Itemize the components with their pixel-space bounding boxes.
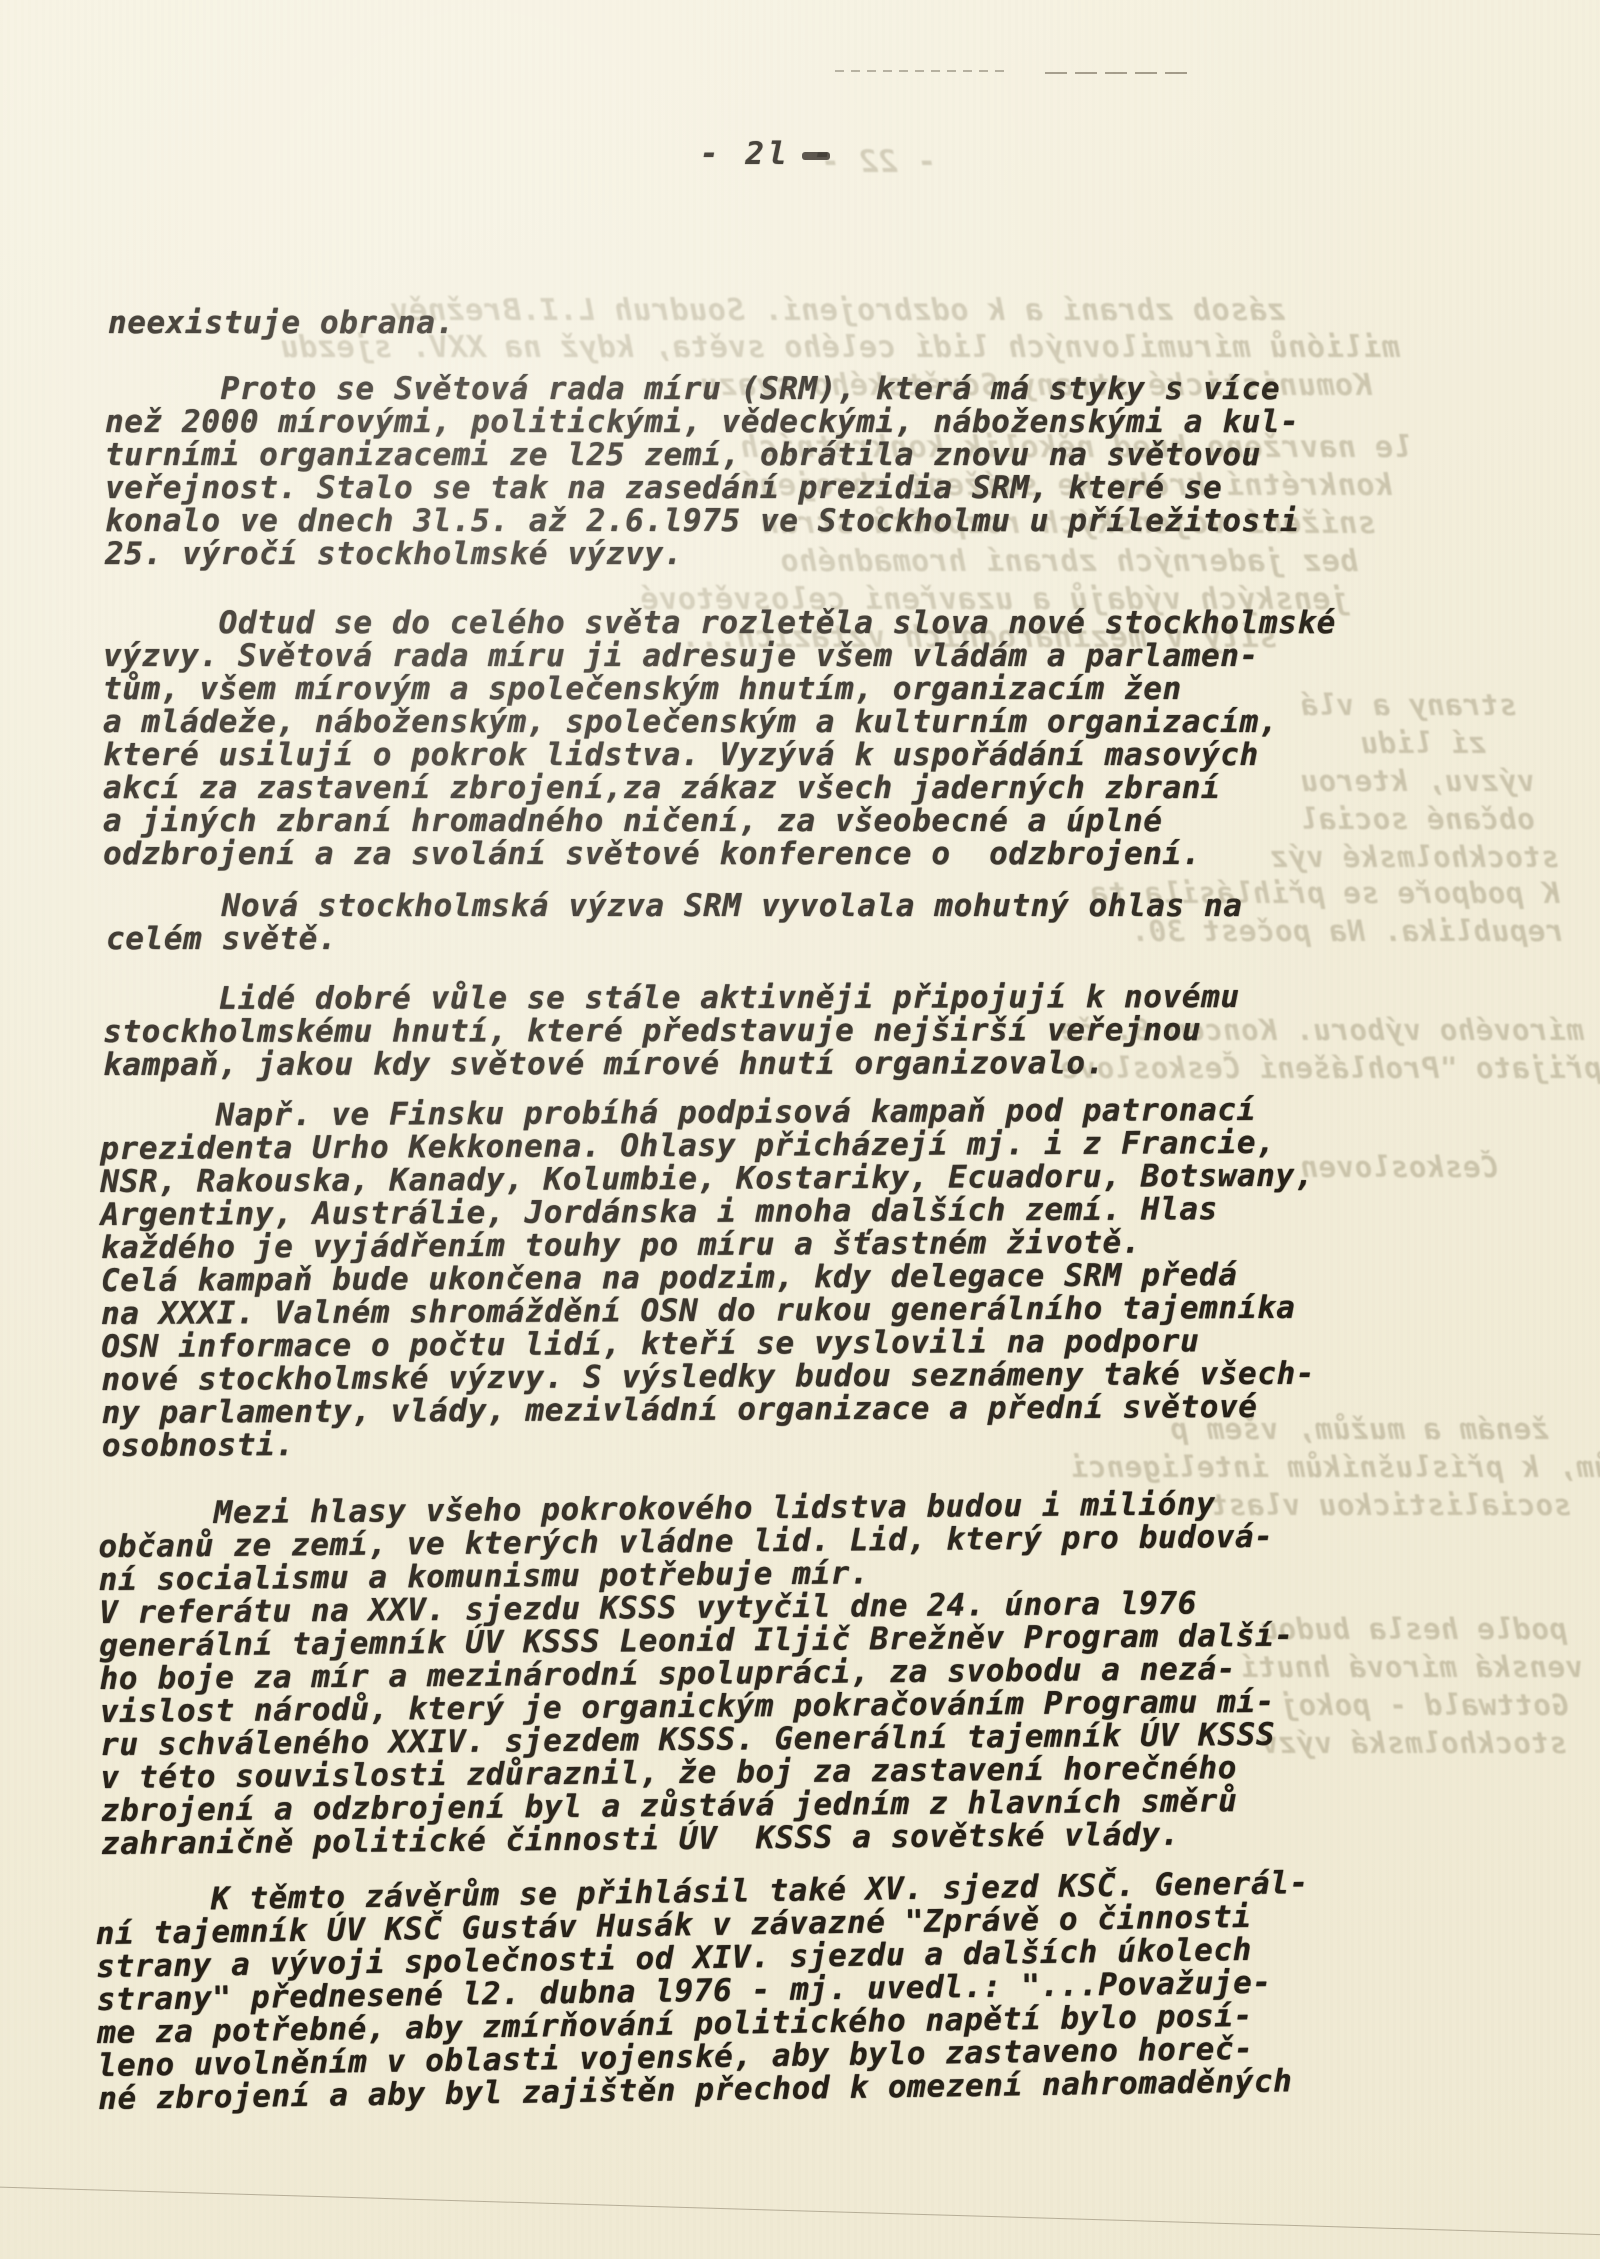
bleedthrough-text: Gottwald - pokoj <box>1280 1688 1569 1722</box>
text-line: odzbrojení a za svolání světové konferen… <box>103 838 1336 871</box>
text-line: které usilují o pokrok lidstva. Vyzývá k… <box>103 739 1336 772</box>
text-line: Lidé dobré vůle se stále aktivněji připo… <box>103 981 1240 1016</box>
bleedthrough-text: podle hesla budou <box>1260 1612 1567 1646</box>
paragraph: neexistuje obrana. <box>108 307 455 340</box>
text-line: a jiných zbraní hromadného ničení, za vš… <box>103 805 1336 838</box>
bleedthrough-text: - 22 - <box>820 144 936 180</box>
document-page: - 22 -zásob zbraní a k odzbrojení. Soudr… <box>0 0 1600 2259</box>
text-line: Odtud se do celého světa rozletěla slova… <box>103 607 1336 640</box>
paragraph: K těmto závěrům se přihlásil také XV. sj… <box>95 1867 1312 2116</box>
text-line: kampaň, jakou kdy světové mírové hnutí o… <box>103 1047 1240 1082</box>
paragraph: Nová stockholmská výzva SRM vyvolala moh… <box>106 890 1243 956</box>
bleedthrough-text: zásob zbraní a k odzbrojení. Soudruh L.I… <box>390 293 1286 328</box>
text-line: osobnosti. <box>102 1424 1316 1463</box>
text-line: a mládeže, náboženským, společenským a k… <box>103 706 1336 739</box>
text-line: Proto se Světová rada míru (SRM), která … <box>105 373 1299 406</box>
paragraph: Proto se Světová rada míru (SRM), která … <box>105 373 1299 571</box>
paragraph: Mezi hlasy všeho pokrokového lidstva bud… <box>98 1488 1295 1861</box>
text-line: tům, všem mírovým a společenským hnutím,… <box>103 673 1336 706</box>
text-line: než 2000 mírovými, politickými, vědeckým… <box>105 406 1299 439</box>
text-line: konalo ve dnech 3l.5. až 2.6.l975 ve Sto… <box>105 505 1299 538</box>
text-line: výzvy. Světová rada míru ji adresuje vše… <box>103 640 1336 673</box>
scan-artifact-dashed-line <box>1045 72 1195 74</box>
text-line: ny parlamenty, vlády, mezivládní organiz… <box>102 1391 1316 1430</box>
scan-artifact-bottom-line <box>0 2186 1600 2240</box>
paragraph: Např. ve Finsku probíhá podpisová kampaň… <box>100 1094 1315 1463</box>
text-line: celém světě. <box>106 923 1243 956</box>
paragraph: Lidé dobré vůle se stále aktivněji připo… <box>103 981 1240 1082</box>
page-number: - 2l - <box>700 136 836 172</box>
paragraph: Odtud se do celého světa rozletěla slova… <box>103 607 1336 871</box>
bleedthrough-text: Českosloven <box>1300 1150 1499 1184</box>
text-line: zahraničně politické činnosti ÚV KSSS a … <box>101 1818 1296 1861</box>
text-line: stockholmskému hnutí, které představuje … <box>103 1014 1240 1049</box>
text-line: Nová stockholmská výzva SRM vyvolala moh… <box>106 890 1243 923</box>
bleedthrough-text: zí lidu <box>1360 726 1486 760</box>
text-line: 25. výročí stockholmské výzvy. <box>105 538 1299 571</box>
text-line: veřejnost. Stalo se tak na zasedání prez… <box>105 472 1299 505</box>
text-line: neexistuje obrana. <box>108 307 455 340</box>
bleedthrough-text: stockholmská výzv <box>1260 1726 1567 1760</box>
text-line: turními organizacemi ze l25 zemí, obráti… <box>105 439 1299 472</box>
scan-artifact-dashed-line <box>835 70 1005 72</box>
text-line: akcí za zastavení zbrojení,za zákaz všec… <box>103 772 1336 805</box>
